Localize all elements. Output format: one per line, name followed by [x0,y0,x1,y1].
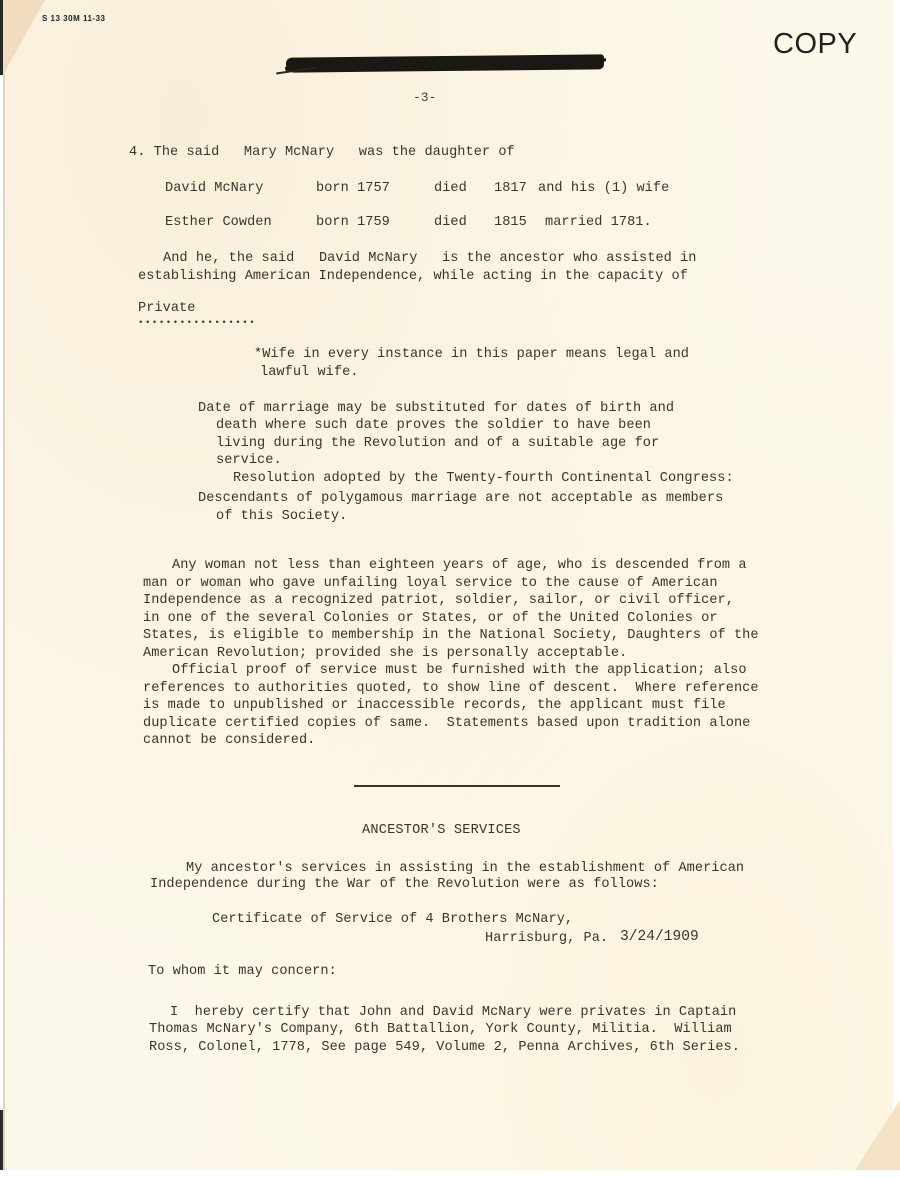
eligibility-line: American Revolution; provided she is per… [143,645,627,663]
eligibility-line: duplicate certified copies of same. Stat… [143,715,750,733]
page-number: -3- [413,90,436,105]
mother-died-year: 1815 [494,214,527,232]
services-intro-line-1: My ancestor's services in assisting in t… [186,860,744,878]
eligibility-line: Any woman not less than eighteen years o… [172,557,747,575]
services-intro-line-2: Independence during the War of the Revol… [150,876,659,894]
certificate-body-line: I hereby certify that John and David McN… [170,1004,736,1022]
section4-intro: 4. The said Mary McNary was the daughter… [129,144,515,162]
eligibility-line: Independence as a recognized patriot, so… [143,592,734,610]
mother-born: born 1759 [316,214,390,232]
certificate-body-line: Thomas McNary's Company, 6th Battallion,… [149,1021,732,1039]
footnote-line-1: *Wife in every instance in this paper me… [254,346,689,364]
salutation: To whom it may concern: [148,963,337,981]
eligibility-line: Official proof of service must be furnis… [172,662,747,680]
eligibility-line: cannot be considered. [143,732,315,750]
marriage-note-line: Resolution adopted by the Twenty-fourth … [233,470,734,488]
father-suffix: and his (1) wife [538,180,669,198]
eligibility-line: States, is eligible to membership in the… [143,627,759,645]
dotted-line: ••••••••••••••••• [138,318,256,328]
mother-name: Esther Cowden [165,214,272,232]
mother-died-label: died [434,214,467,232]
eligibility-line: references to authorities quoted, to sho… [143,680,759,698]
ancestor-line-1: And he, the said David McNary is the anc… [163,250,697,268]
certificate-place: Harrisburg, Pa. [485,930,608,948]
certificate-title: Certificate of Service of 4 Brothers McN… [212,911,573,929]
marriage-note-line: death where such date proves the soldier… [216,417,651,435]
eligibility-line: in one of the several Colonies or States… [143,610,718,628]
mother-suffix: married 1781. [545,214,652,232]
marriage-note-line: Descendants of polygamous marriage are n… [198,490,723,508]
capacity-value: Private [138,300,195,318]
marriage-note-line: service. [216,452,282,470]
father-name: David McNary [165,180,264,198]
certificate-body-line: Ross, Colonel, 1778, See page 549, Volum… [149,1039,740,1057]
ancestor-line-2: establishing American Independence, whil… [138,268,688,286]
section-divider [354,785,560,787]
marriage-note-line: Date of marriage may be substituted for … [198,400,674,418]
father-died-year: 1817 [494,180,527,198]
eligibility-line: is made to unpublished or inaccessible r… [143,697,726,715]
certificate-date: 3/24/1909 [620,929,699,947]
form-code: S 13 30M 11-33 [42,14,105,23]
folded-corner-bottom-right [855,1100,900,1170]
copy-stamp: COPY [773,28,857,61]
services-heading: ANCESTOR'S SERVICES [362,822,521,840]
marriage-note-line: of this Society. [216,508,347,526]
footnote-line-2: lawful wife. [260,364,359,382]
folded-corner-top-left [3,0,45,75]
eligibility-line: man or woman who gave unfailing loyal se… [143,575,718,593]
marriage-note-line: living during the Revolution and of a su… [216,435,659,453]
father-born: born 1757 [316,180,390,198]
father-died-label: died [434,180,467,198]
